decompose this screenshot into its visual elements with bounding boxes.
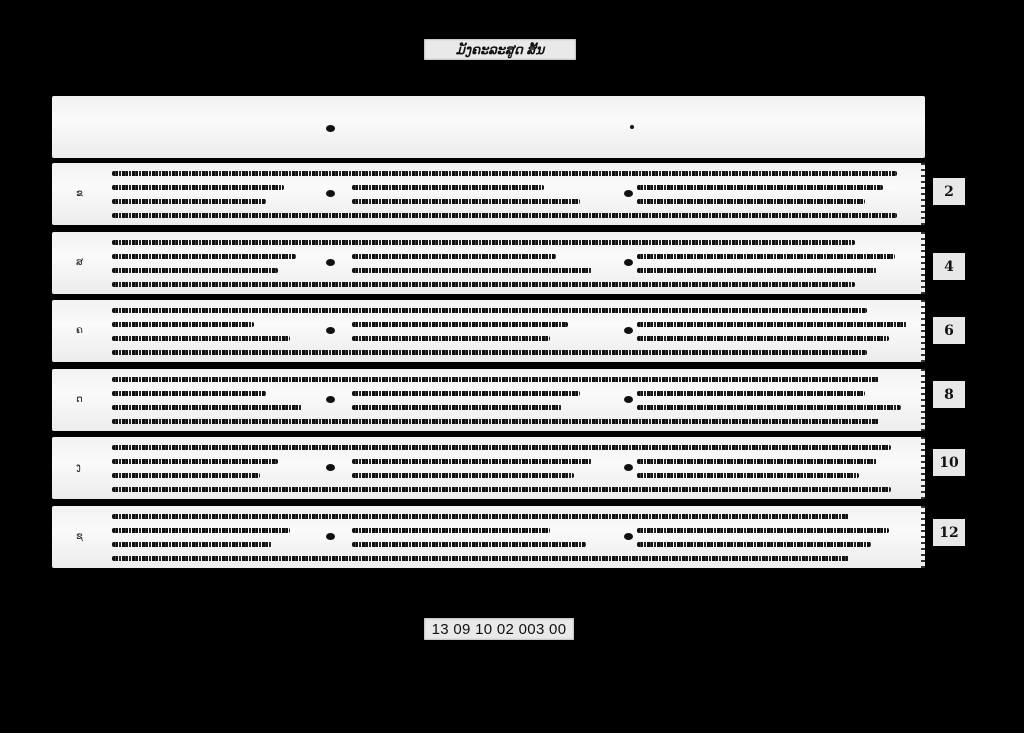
leaf-edge <box>921 437 925 499</box>
page-number-label: 8 <box>933 381 965 408</box>
manuscript-text-line <box>112 528 290 533</box>
manuscript-text-line <box>637 336 889 341</box>
manuscript-leaf: ງ <box>52 437 925 499</box>
manuscript-title-label: ມັງຄະລະສູດ ສັ້ນ <box>424 39 576 60</box>
binding-hole <box>326 259 335 266</box>
manuscript-text-line <box>352 254 556 259</box>
leaf-edge <box>921 506 925 568</box>
manuscript-leaf: ສ <box>52 232 925 294</box>
leaf-margin-mark: ຊ <box>76 531 83 542</box>
leaf-edge <box>921 369 925 431</box>
manuscript-text-line <box>112 268 278 273</box>
manuscript-text-line <box>112 542 272 547</box>
manuscript-text-line <box>637 199 865 204</box>
manuscript-text-line <box>112 282 855 287</box>
manuscript-text-line <box>112 473 260 478</box>
manuscript-text-line <box>112 556 849 561</box>
manuscript-text-line <box>352 322 568 327</box>
manuscript-text-line <box>112 377 879 382</box>
manuscript-text-line <box>637 459 877 464</box>
page-number-label: 12 <box>933 519 965 546</box>
leaf-margin-mark: ດ <box>76 394 83 405</box>
manuscript-text-line <box>112 185 284 190</box>
binding-hole <box>624 396 633 403</box>
manuscript-text-line <box>352 459 592 464</box>
manuscript-text-line <box>112 240 855 245</box>
leaf-margin-mark: ງ <box>76 462 81 473</box>
binding-hole <box>624 190 633 197</box>
leaf-margin-mark: ຂ <box>76 188 83 199</box>
manuscript-text-line <box>112 514 849 519</box>
manuscript-text-line <box>112 405 302 410</box>
manuscript-text-line <box>112 254 296 259</box>
manuscript-text-line <box>637 473 859 478</box>
manuscript-text-line <box>112 391 266 396</box>
manuscript-text-line <box>112 322 254 327</box>
binding-hole <box>326 533 335 540</box>
manuscript-text-line <box>637 185 883 190</box>
binding-hole <box>624 533 633 540</box>
manuscript-text-line <box>352 528 550 533</box>
manuscript-text-line <box>112 459 278 464</box>
binding-hole <box>326 327 335 334</box>
manuscript-text-line <box>352 473 574 478</box>
binding-hole <box>624 327 633 334</box>
manuscript-text-line <box>112 350 867 355</box>
binding-hole <box>630 125 634 129</box>
manuscript-text-line <box>112 171 897 176</box>
manuscript-text-line <box>112 419 879 424</box>
manuscript-text-line <box>352 391 580 396</box>
manuscript-text-line <box>112 199 266 204</box>
manuscript-text-line <box>112 487 891 492</box>
manuscript-leaf: ຊ <box>52 506 925 568</box>
manuscript-text-line <box>637 391 865 396</box>
page-number-label: 4 <box>933 253 965 280</box>
binding-hole <box>326 125 335 132</box>
manuscript-text-line <box>637 322 907 327</box>
cover-leaf <box>52 96 925 158</box>
manuscript-text-line <box>637 542 871 547</box>
page-number-label: 2 <box>933 178 965 205</box>
page-number-label: 6 <box>933 317 965 344</box>
binding-hole <box>624 259 633 266</box>
leaf-margin-mark: ສ <box>76 257 83 268</box>
leaf-edge <box>921 163 925 225</box>
manuscript-text-line <box>637 405 901 410</box>
accession-number-label: 13 09 10 02 003 00 <box>424 618 574 640</box>
leaf-edge <box>921 300 925 362</box>
manuscript-leaf: ດ <box>52 369 925 431</box>
leaf-margin-mark: ຄ <box>76 325 83 336</box>
manuscript-text-line <box>352 405 562 410</box>
manuscript-text-line <box>352 336 550 341</box>
manuscript-text-line <box>112 445 891 450</box>
manuscript-leaf: ຂ <box>52 163 925 225</box>
manuscript-leaf: ຄ <box>52 300 925 362</box>
manuscript-text-line <box>112 308 867 313</box>
binding-hole <box>326 396 335 403</box>
manuscript-text-line <box>352 268 592 273</box>
manuscript-text-line <box>352 199 580 204</box>
manuscript-text-line <box>637 268 877 273</box>
manuscript-text-line <box>637 528 889 533</box>
binding-hole <box>326 464 335 471</box>
page-number-label: 10 <box>933 449 965 476</box>
manuscript-text-line <box>352 542 586 547</box>
manuscript-text-line <box>637 254 895 259</box>
binding-hole <box>624 464 633 471</box>
binding-hole <box>326 190 335 197</box>
manuscript-text-line <box>112 213 897 218</box>
leaf-edge <box>921 232 925 294</box>
manuscript-text-line <box>112 336 290 341</box>
manuscript-text-line <box>352 185 544 190</box>
